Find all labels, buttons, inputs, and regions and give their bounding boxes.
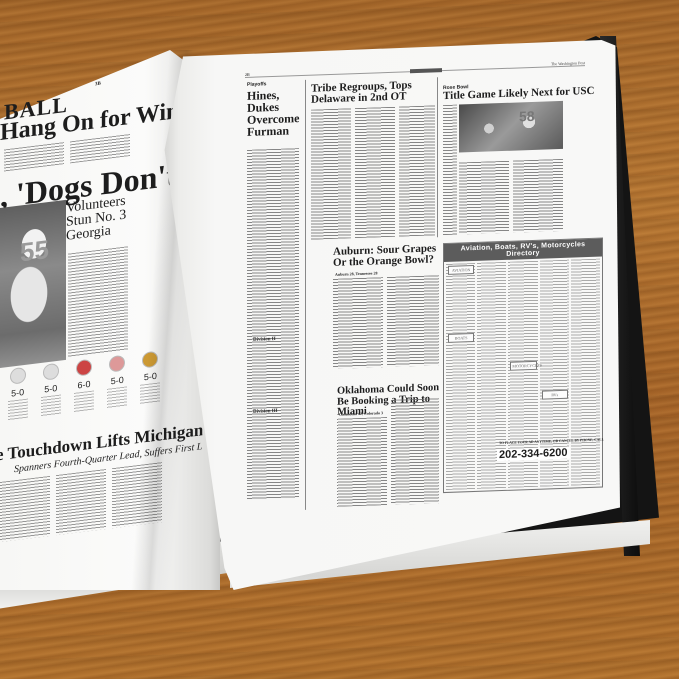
ad-phone-number: 202-334-6200 bbox=[497, 447, 570, 462]
headline-auburn: Auburn: Sour Grapes Or the Orange Bowl? bbox=[333, 243, 443, 269]
text-column bbox=[443, 105, 457, 235]
headline-tribe-regroups: Tribe Regroups, Tops Delaware in 2nd OT bbox=[311, 80, 431, 106]
text-column bbox=[387, 275, 439, 367]
text-column bbox=[247, 148, 299, 500]
column-rule bbox=[437, 77, 438, 237]
byline: Auburn 28, Tennessee 28 bbox=[335, 270, 377, 276]
directory-column: AVIATION BOATS bbox=[446, 263, 475, 490]
column-rule bbox=[305, 80, 306, 510]
section-bar bbox=[410, 68, 442, 73]
division-label: Division II bbox=[253, 337, 276, 343]
headline-hines-dukes: Hines, Dukes Overcome Furman bbox=[247, 88, 303, 138]
text-column bbox=[311, 108, 351, 239]
text-column bbox=[337, 417, 387, 507]
division-label: Division III bbox=[253, 409, 278, 415]
kicker: Playoffs bbox=[247, 81, 266, 88]
text-column bbox=[399, 105, 435, 236]
text-column bbox=[391, 398, 439, 505]
text-column bbox=[459, 161, 509, 235]
directory-column bbox=[571, 259, 600, 486]
text-column bbox=[513, 159, 563, 233]
text-column bbox=[355, 107, 395, 238]
text-column bbox=[333, 277, 383, 369]
right-newspaper-page: 2B The Washington Post Playoffs Hines, D… bbox=[0, 0, 679, 679]
football-photo: 58 bbox=[459, 101, 563, 153]
